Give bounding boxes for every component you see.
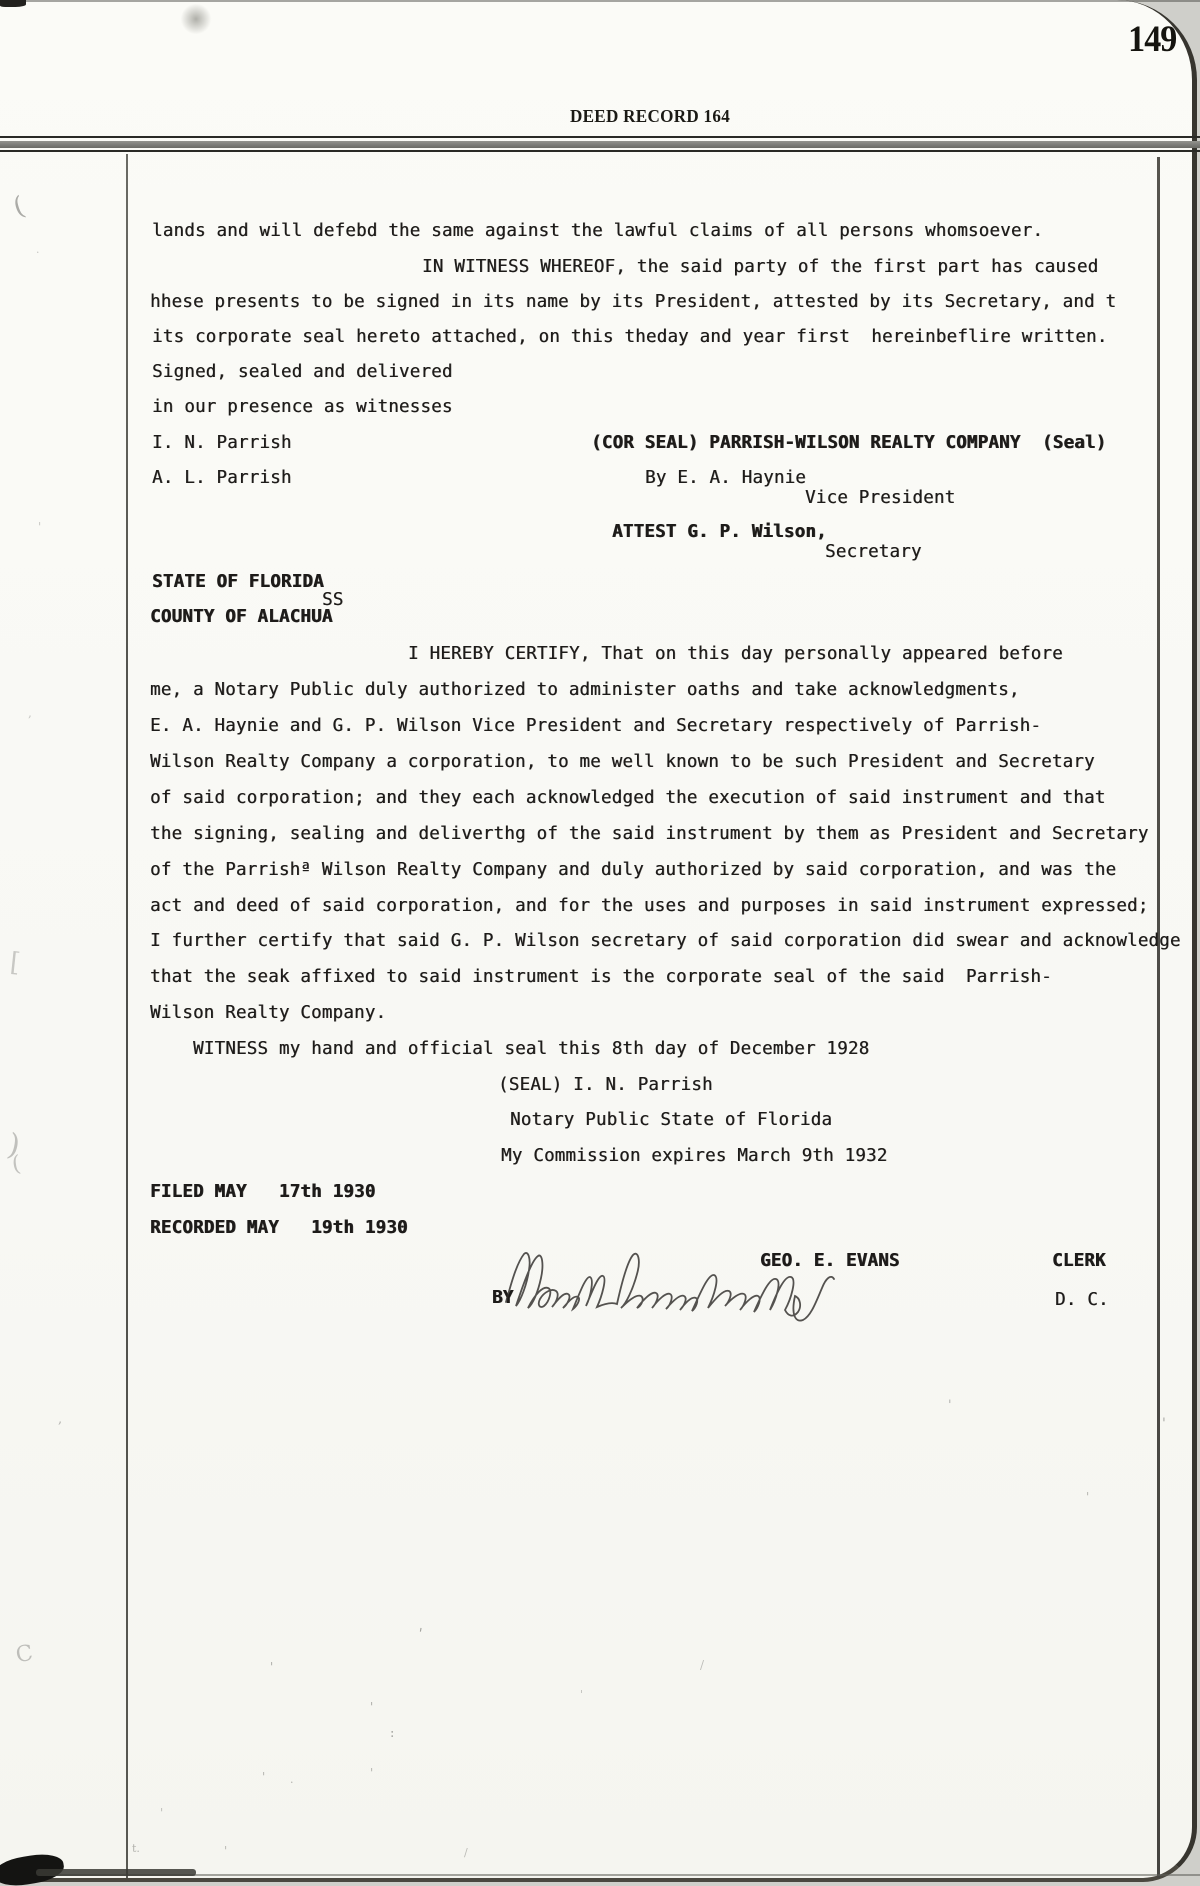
- text-line: its corporate seal hereto attached, on t…: [152, 328, 1108, 346]
- text-line: hhese presents to be signed in its name …: [150, 293, 1116, 311]
- pencil-mark: t.: [132, 1842, 140, 1855]
- pencil-mark: ': [38, 520, 41, 534]
- record-book-header: DEED RECORD 164: [550, 106, 750, 127]
- text-line: that the seak affixed to said instrument…: [150, 968, 1052, 986]
- text-line: By E. A. Haynie: [645, 469, 806, 487]
- text-line: lands and will defebd the same against t…: [152, 222, 1043, 240]
- right-margin-rule: [1157, 157, 1160, 1878]
- text-line: FILED MAY 17th 1930: [150, 1183, 375, 1201]
- text-line: the signing, sealing and deliverthg of t…: [150, 825, 1148, 843]
- text-line: of the Parrishª Wilson Realty Company an…: [150, 861, 1116, 879]
- left-margin-rule: [126, 154, 128, 1878]
- page-number: 149: [1128, 18, 1176, 61]
- text-line: STATE OF FLORIDA: [152, 573, 324, 591]
- text-line: I further certify that said G. P. Wilson…: [150, 932, 1181, 950]
- text-line: A. L. Parrish: [152, 469, 292, 487]
- pencil-mark: /: [464, 1846, 468, 1859]
- pencil-mark: ,: [28, 706, 32, 720]
- text-line: Wilson Realty Company a corporation, to …: [150, 753, 1095, 771]
- pencil-mark: ': [370, 1700, 373, 1714]
- text-line: Signed, sealed and delivered: [152, 363, 453, 381]
- pencil-mark: ': [262, 1770, 265, 1784]
- text-line: WITNESS my hand and official seal this 8…: [193, 1040, 869, 1058]
- text-line: Wilson Realty Company.: [150, 1004, 386, 1022]
- pencil-mark: ': [948, 1398, 952, 1413]
- text-line: ATTEST G. P. Wilson,: [612, 523, 827, 541]
- text-line: me, a Notary Public duly authorized to a…: [150, 681, 1020, 699]
- text-line: CLERK: [1052, 1252, 1106, 1270]
- header-rule-bottom: [0, 150, 1200, 152]
- paper-smudge: [180, 4, 212, 34]
- pencil-mark: .: [290, 1773, 294, 1786]
- text-line: (COR SEAL) PARRISH-WILSON REALTY COMPANY…: [591, 434, 1106, 452]
- pencil-mark: ': [224, 1844, 227, 1858]
- pencil-mark: ': [580, 1688, 583, 1701]
- header-rule-band: [0, 141, 1200, 148]
- text-line: My Commission expires March 9th 1932: [501, 1147, 888, 1165]
- text-line: of said corporation; and they each ackno…: [150, 789, 1106, 807]
- text-line: RECORDED MAY 19th 1930: [150, 1219, 408, 1237]
- header-rule-top: [0, 136, 1200, 138]
- pencil-mark: ': [1162, 1416, 1166, 1432]
- text-line: D. C.: [1055, 1291, 1109, 1309]
- scanned-deed-page: 149 DEED RECORD 164 lands and will defeb…: [0, 0, 1200, 1886]
- pencil-mark: ·: [36, 246, 40, 259]
- text-line: act and deed of said corporation, and fo…: [150, 897, 1148, 915]
- pencil-mark: ,: [58, 1412, 62, 1427]
- text-line: COUNTY OF ALACHUA: [150, 608, 333, 626]
- text-line: (SEAL) I. N. Parrish: [498, 1076, 713, 1094]
- scan-artifact-top-left: [0, 0, 26, 7]
- text-line: E. A. Haynie and G. P. Wilson Vice Presi…: [150, 717, 1041, 735]
- scan-artifact-bottom-band: [36, 1869, 196, 1876]
- pencil-mark: ': [160, 1806, 163, 1820]
- text-line: Vice President: [805, 489, 955, 507]
- text-line: I HEREBY CERTIFY, That on this day perso…: [408, 645, 1063, 663]
- pencil-mark: :: [390, 1726, 394, 1741]
- text-line: Secretary: [825, 543, 922, 561]
- text-line: in our presence as witnesses: [152, 398, 453, 416]
- pencil-mark: ': [370, 1766, 373, 1780]
- pencil-mark: /: [700, 1658, 704, 1672]
- deputy-clerk-signature-icon: [500, 1240, 845, 1330]
- text-line: Notary Public State of Florida: [510, 1111, 832, 1129]
- scan-top-edge: [0, 0, 1200, 2]
- text-line: IN WITNESS WHEREOF, the said party of th…: [422, 258, 1098, 276]
- text-line: I. N. Parrish: [152, 434, 292, 452]
- pencil-mark: ': [1086, 1490, 1089, 1504]
- pencil-mark: ': [270, 1660, 273, 1674]
